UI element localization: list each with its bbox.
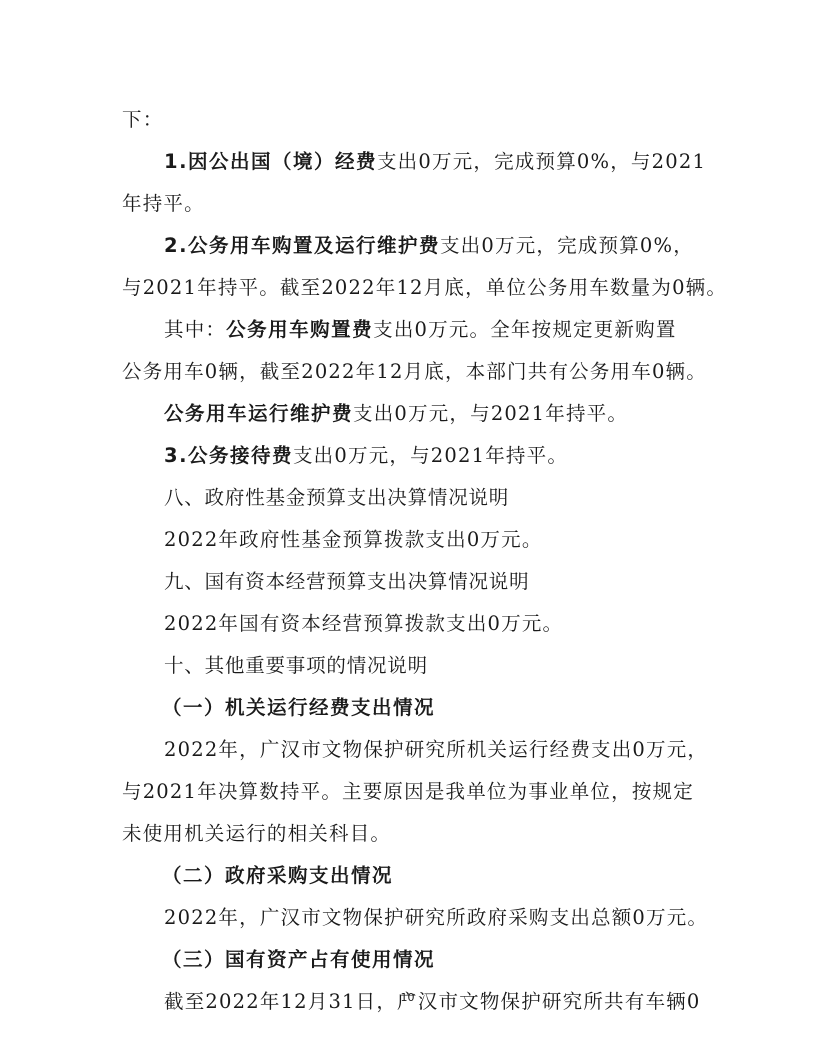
bold-term: 3.公务接待费 bbox=[164, 444, 293, 467]
paragraph-line: 2022年政府性基金预算拨款支出0万元。 bbox=[164, 524, 543, 556]
paragraph-line: 公务用车运行维护费支出0万元，与2021年持平。 bbox=[164, 398, 628, 430]
paragraph-line: 其中：公务用车购置费支出0万元。全年按规定更新购置 bbox=[164, 314, 677, 346]
paragraph-line: 2022年，广汉市文物保护研究所机关运行经费支出0万元， bbox=[164, 734, 708, 766]
page-number: 10 bbox=[0, 991, 815, 1004]
text-line: 下： bbox=[122, 104, 163, 136]
subsection-heading-2: （二）政府采购支出情况 bbox=[162, 860, 393, 892]
subsection-heading-3: （三）国有资产占有使用情况 bbox=[162, 944, 435, 976]
text-line: 与2021年持平。截至2022年12月底，单位公务用车数量为0辆。 bbox=[122, 272, 727, 304]
paragraph-line: 2022年，广汉市文物保护研究所政府采购支出总额0万元。 bbox=[164, 902, 708, 934]
paragraph-line: 2022年国有资本经营预算拨款支出0万元。 bbox=[164, 608, 563, 640]
section-heading-10: 十、其他重要事项的情况说明 bbox=[164, 650, 428, 682]
text-line: 未使用机关运行的相关科目。 bbox=[122, 818, 391, 850]
text-line: 公务用车0辆，截至2022年12月底，本部门共有公务用车0辆。 bbox=[122, 356, 707, 388]
bold-term: 1.因公出国（境）经费 bbox=[164, 150, 377, 173]
text-line: 年持平。 bbox=[122, 188, 205, 220]
bold-term: 公务用车运行维护费 bbox=[164, 402, 353, 425]
text-line: 与2021年决算数持平。主要原因是我单位为事业单位，按规定 bbox=[122, 776, 694, 808]
paragraph-line: 1.因公出国（境）经费支出0万元，完成预算0%，与2021 bbox=[164, 146, 706, 178]
subsection-heading-1: （一）机关运行经费支出情况 bbox=[162, 692, 435, 724]
paragraph-line: 2.公务用车购置及运行维护费支出0万元，完成预算0%， bbox=[164, 230, 694, 262]
bold-term: 2.公务用车购置及运行维护费 bbox=[164, 234, 440, 257]
bold-term: 公务用车购置费 bbox=[226, 318, 373, 341]
section-heading-9: 九、国有资本经营预算支出决算情况说明 bbox=[164, 566, 529, 598]
paragraph-line: 3.公务接待费支出0万元，与2021年持平。 bbox=[164, 440, 568, 472]
section-heading-8: 八、政府性基金预算支出决算情况说明 bbox=[164, 482, 509, 514]
